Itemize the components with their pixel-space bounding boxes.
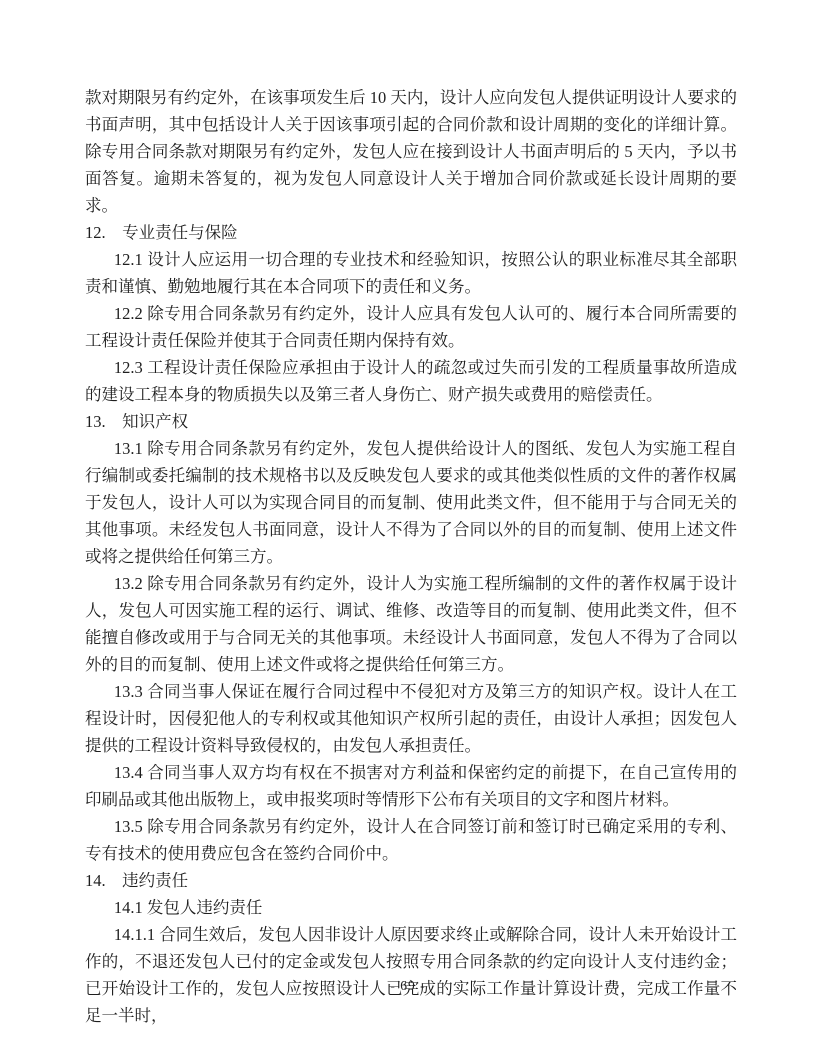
page-number: - 69 - [390,978,425,993]
clause-14-heading: 14. 违约责任 [85,867,737,894]
page-body: 款对期限另有约定外，在该事项发生后 10 天内，设计人应向发包人提供证明设计人要… [85,84,737,1029]
document-page: 款对期限另有约定外，在该事项发生后 10 天内，设计人应向发包人提供证明设计人要… [0,0,816,1056]
clause-13-heading: 13. 知识产权 [85,408,737,435]
clause-13-4: 13.4 合同当事人双方均有权在不损害对方利益和保密约定的前提下，在自己宣传用的… [85,759,737,813]
clause-13-2: 13.2 除专用合同条款另有约定外，设计人为实施工程所编制的文件的著作权属于设计… [85,570,737,678]
clause-13-3: 13.3 合同当事人保证在履行合同过程中不侵犯对方及第三方的知识产权。设计人在工… [85,678,737,759]
clause-12-1: 12.1 设计人应运用一切合理的专业技术和经验知识，按照公认的职业标准尽其全部职… [85,246,737,300]
clause-12-2: 12.2 除专用合同条款另有约定外，设计人应具有发包人认可的、履行本合同所需要的… [85,300,737,354]
clause-14-1: 14.1 发包人违约责任 [85,894,737,921]
clause-12-3: 12.3 工程设计责任保险应承担由于设计人的疏忽或过失而引发的工程质量事故所造成… [85,354,737,408]
clause-14-1-1: 14.1.1 合同生效后，发包人因非设计人原因要求终止或解除合同，设计人未开始设… [85,921,737,1029]
clause-12-heading: 12. 专业责任与保险 [85,219,737,246]
clause-13-1: 13.1 除专用合同条款另有约定外，发包人提供给设计人的图纸、发包人为实施工程自… [85,435,737,570]
paragraph-claim-notice-continuation: 款对期限另有约定外，在该事项发生后 10 天内，设计人应向发包人提供证明设计人要… [85,84,737,219]
page-footer: - 69 - [0,978,816,994]
clause-13-5: 13.5 除专用合同条款另有约定外，设计人在合同签订前和签订时已确定采用的专利、… [85,813,737,867]
